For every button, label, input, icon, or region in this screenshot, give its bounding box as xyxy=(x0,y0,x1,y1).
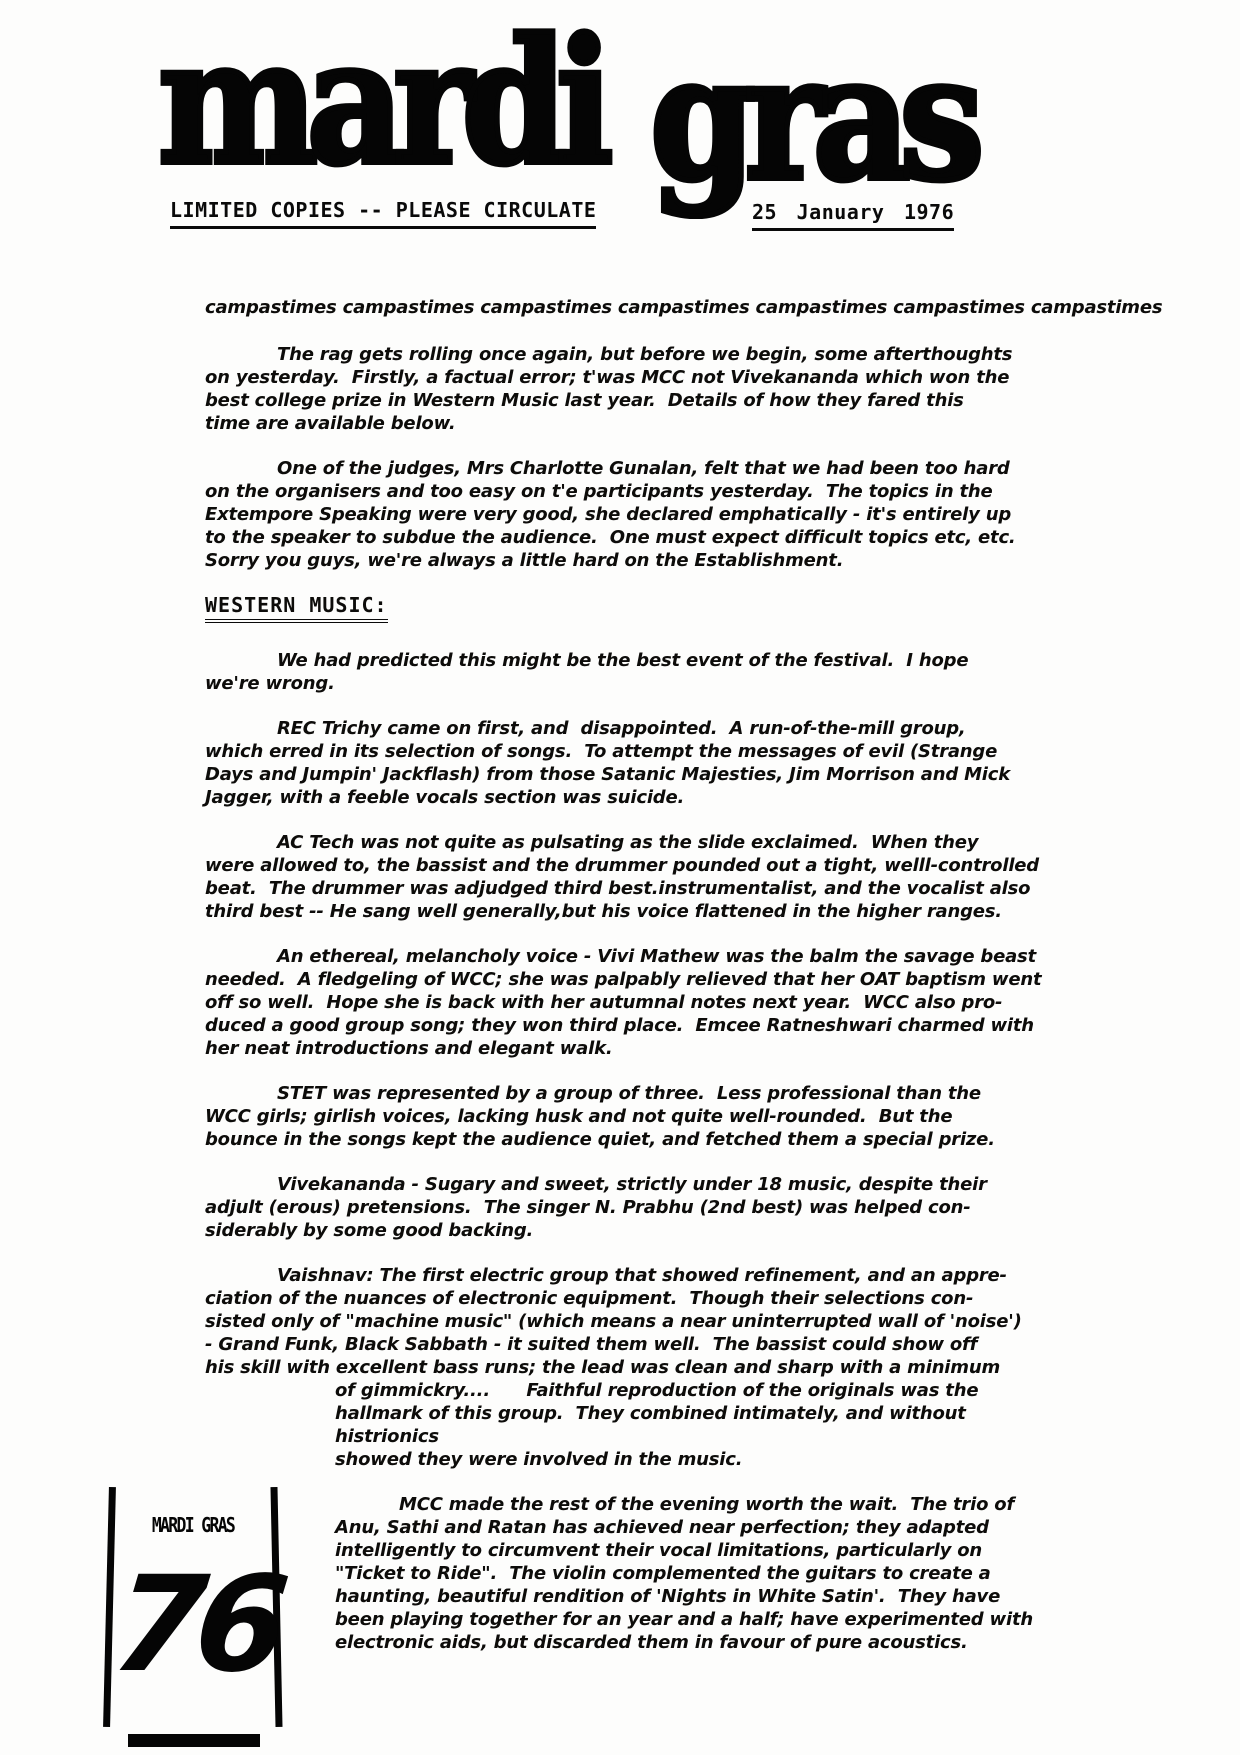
paragraph-vivekananda: Vivekananda - Sugary and sweet, strictly… xyxy=(205,1173,1067,1242)
paragraph-stet: STET was represented by a group of three… xyxy=(205,1082,1067,1151)
paragraph-vaishnav: Vaishnav: The first electric group that … xyxy=(205,1264,1067,1379)
article-body: campastimes campastimes campastimes camp… xyxy=(205,296,1067,1676)
newsletter-page: mardi gras LIMITED COPIES -- PLEASE CIRC… xyxy=(0,0,1240,1755)
paragraph-mcc: MCC made the rest of the evening worth t… xyxy=(335,1493,1067,1654)
circulation-tagline: LIMITED COPIES -- PLEASE CIRCULATE xyxy=(170,198,596,229)
logo-label: MARDI GRAS xyxy=(127,1513,260,1537)
paragraph-ac-tech: AC Tech was not quite as pulsating as th… xyxy=(205,831,1067,923)
masthead-title-mardi: mardi xyxy=(158,16,602,188)
logo-base-bar xyxy=(128,1734,260,1747)
paragraph-prediction: We had predicted this might be the best … xyxy=(205,649,1067,695)
paragraph-judges: One of the judges, Mrs Charlotte Gunalan… xyxy=(205,457,1067,572)
logo-year-76: 76 xyxy=(107,1559,283,1691)
paragraph-vaishnav-continued: of gimmickry.... Faithful reproduction o… xyxy=(335,1379,1067,1471)
issue-date: 25 January 1976 xyxy=(752,200,954,231)
paragraph-vivi-mathew-wcc: An ethereal, melancholy voice - Vivi Mat… xyxy=(205,945,1067,1060)
campastimes-ticker: campastimes campastimes campastimes camp… xyxy=(205,296,1067,319)
paragraph-afterthoughts: The rag gets rolling once again, but bef… xyxy=(205,343,1067,435)
paragraph-rec-trichy: REC Trichy came on first, and disappoint… xyxy=(205,717,1067,809)
section-heading-western-music: WESTERN MUSIC: xyxy=(205,594,388,623)
masthead-title-gras: gras xyxy=(650,32,973,204)
mardi-gras-76-logo: MARDI GRAS 76 xyxy=(106,1487,280,1727)
